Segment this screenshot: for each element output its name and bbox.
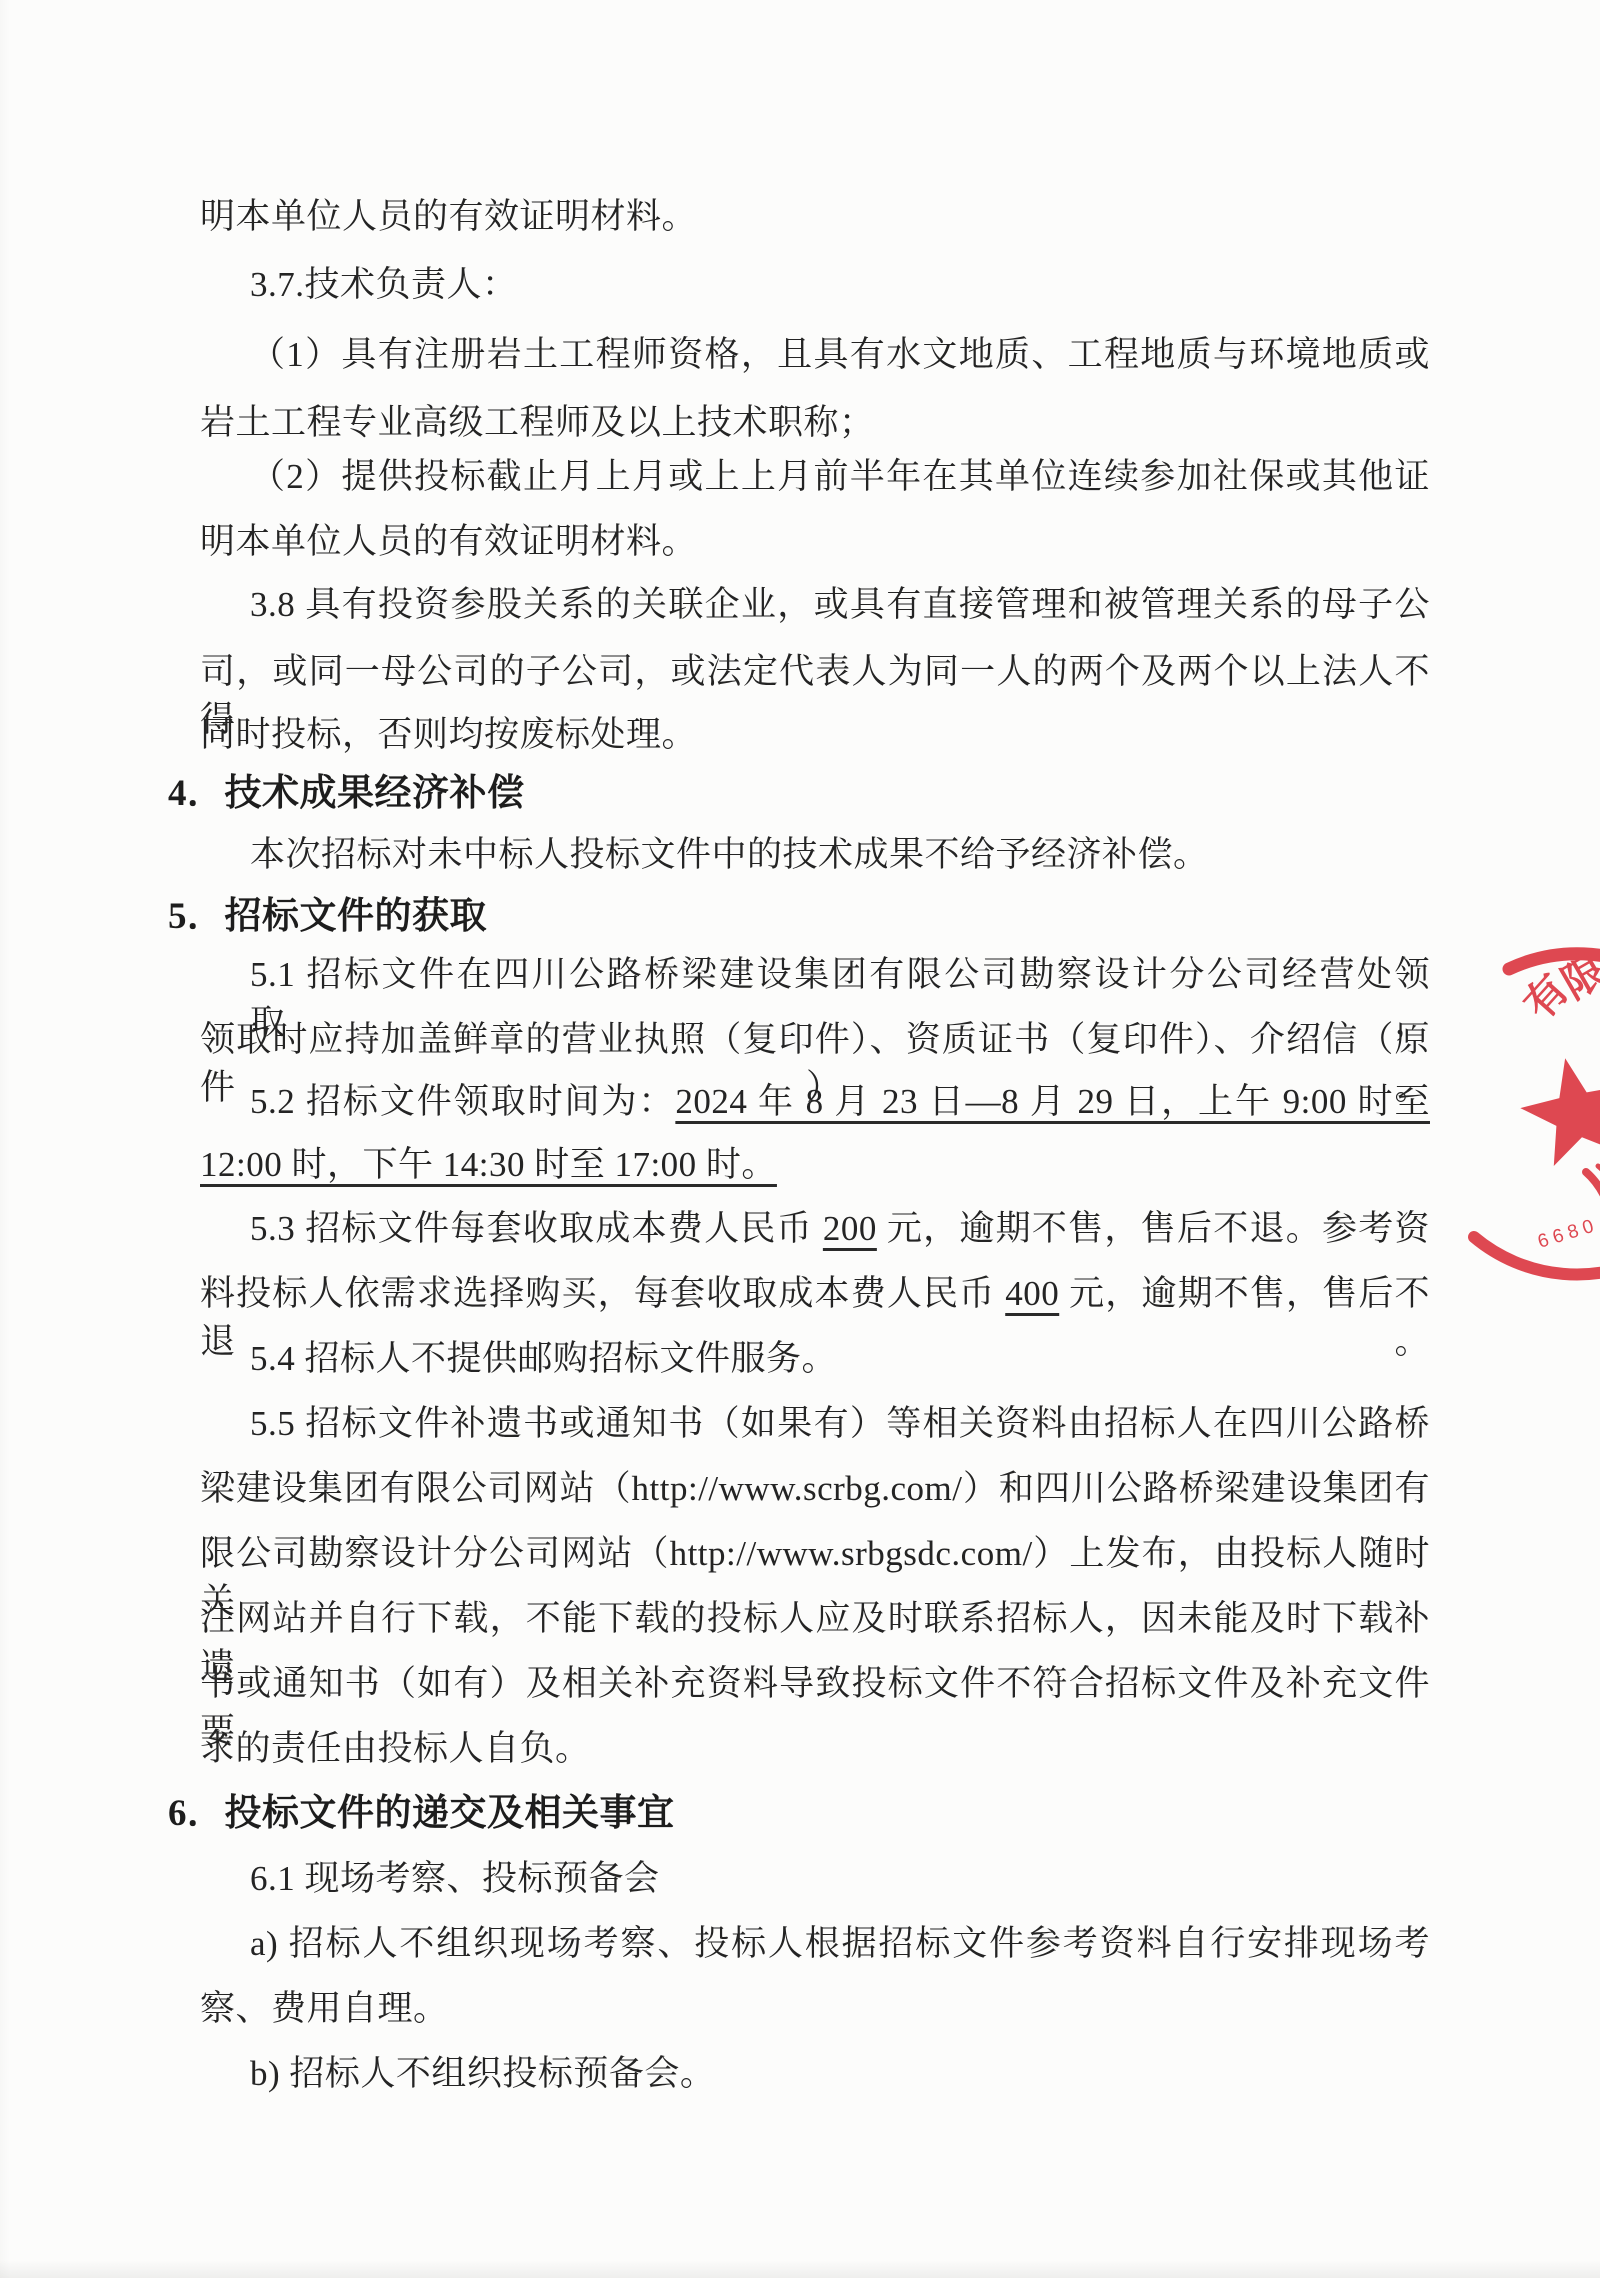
seal-ring-bottom-arc: [1474, 1237, 1600, 1274]
underlined-text: 12:00 时，下午 14:30 时至 17:00 时。: [200, 1145, 777, 1184]
text-line: 求的责任由投标人自负。: [200, 1725, 1430, 1773]
underlined-text: 2024 年 8 月 23 日—8 月 29 日，上午 9:00 时至: [675, 1082, 1430, 1121]
text-segment: 3.7.技术负责人：: [250, 265, 518, 304]
text-segment: a) 招标人不组织现场考察、投标人根据招标文件参考资料自行安排现场考: [250, 1924, 1430, 1963]
text-segment: 6.1 现场考察、投标预备会: [250, 1859, 660, 1898]
text-line: a) 招标人不组织现场考察、投标人根据招标文件参考资料自行安排现场考: [250, 1920, 1430, 1968]
text-segment: （2）提供投标截止月上月或上上月前半年在其单位连续参加社保或其他证: [250, 457, 1430, 496]
text-line: 岩土工程专业高级工程师及以上技术职称；: [200, 399, 1430, 447]
text-line: 明本单位人员的有效证明材料。: [200, 518, 1430, 566]
text-line: 5.4 招标人不提供邮购招标文件服务。: [250, 1335, 1430, 1383]
text-segment: 梁建设集团有限公司网站（http://www.scrbg.com/）和四川公路桥…: [200, 1469, 1430, 1508]
text-segment: 5.4 招标人不提供邮购招标文件服务。: [250, 1339, 837, 1378]
text-segment: 求的责任由投标人自负。: [200, 1729, 591, 1768]
text-segment: 明本单位人员的有效证明材料。: [200, 197, 697, 236]
text-line: 3.8 具有投资参股关系的关联企业，或具有直接管理和被管理关系的母子公: [250, 581, 1430, 629]
text-line: （1）具有注册岩土工程师资格，且具有水文地质、工程地质与环境地质或: [250, 331, 1430, 379]
company-seal-stamp: 有 限 公 6680: [1440, 920, 1600, 1320]
text-layer: 明本单位人员的有效证明材料。3.7.技术负责人：（1）具有注册岩土工程师资格，且…: [0, 0, 1600, 2278]
section-heading: 4．技术成果经济补偿: [168, 770, 1430, 818]
text-segment: 5.3 招标文件每套收取成本费人民币: [250, 1209, 823, 1248]
text-line: （2）提供投标截止月上月或上上月前半年在其单位连续参加社保或其他证: [250, 453, 1430, 501]
underlined-text: 400: [1005, 1274, 1059, 1313]
text-segment: 6．投标文件的递交及相关事宜: [168, 1793, 675, 1834]
text-segment: 明本单位人员的有效证明材料。: [200, 522, 697, 561]
text-segment: 同时投标，否则均按废标处理。: [200, 715, 697, 754]
document-page: 明本单位人员的有效证明材料。3.7.技术负责人：（1）具有注册岩土工程师资格，且…: [0, 0, 1600, 2278]
text-line: 梁建设集团有限公司网站（http://www.scrbg.com/）和四川公路桥…: [200, 1465, 1430, 1513]
text-segment: （1）具有注册岩土工程师资格，且具有水文地质、工程地质与环境地质或: [250, 335, 1430, 374]
text-segment: 5.5 招标文件补遗书或通知书（如果有）等相关资料由招标人在四川公路桥: [250, 1404, 1430, 1443]
section-heading: 6．投标文件的递交及相关事宜: [168, 1790, 1430, 1838]
text-line: 5.5 招标文件补遗书或通知书（如果有）等相关资料由招标人在四川公路桥: [250, 1400, 1430, 1448]
text-line: 6.1 现场考察、投标预备会: [250, 1855, 1430, 1903]
seal-serial-number: 6680: [1535, 1214, 1600, 1252]
text-segment: b) 招标人不组织投标预备会。: [250, 2054, 715, 2093]
text-line: 同时投标，否则均按废标处理。: [200, 711, 1430, 759]
text-line: 明本单位人员的有效证明材料。: [200, 193, 1430, 241]
text-segment: 料投标人依需求选择购买，每套收取成本费人民币: [200, 1274, 1005, 1313]
text-segment: 5．招标文件的获取: [168, 896, 487, 937]
text-segment: 5.2 招标文件领取时间为：: [250, 1082, 675, 1121]
text-line: 5.3 招标文件每套收取成本费人民币 200 元，逾期不售，售后不退。参考资: [250, 1205, 1430, 1253]
text-line: 察、费用自理。: [200, 1985, 1430, 2033]
seal-star-icon: [1512, 1047, 1600, 1170]
text-line: b) 招标人不组织投标预备会。: [250, 2050, 1430, 2098]
text-segment: 4．技术成果经济补偿: [168, 773, 525, 814]
text-line: 5.2 招标文件领取时间为：2024 年 8 月 23 日—8 月 29 日，上…: [250, 1078, 1430, 1126]
text-segment: 3.8 具有投资参股关系的关联企业，或具有直接管理和被管理关系的母子公: [250, 585, 1430, 624]
text-segment: 元，逾期不售，售后不退。参考资: [877, 1209, 1430, 1248]
text-segment: 岩土工程专业高级工程师及以上技术职称；: [200, 403, 875, 442]
text-line: 本次招标对未中标人投标文件中的技术成果不给予经济补偿。: [250, 831, 1430, 879]
text-line: 12:00 时，下午 14:30 时至 17:00 时。: [200, 1141, 1430, 1189]
text-line: 3.7.技术负责人：: [250, 261, 1430, 309]
text-segment: 察、费用自理。: [200, 1989, 449, 2028]
underlined-text: 200: [823, 1209, 877, 1248]
section-heading: 5．招标文件的获取: [168, 893, 1430, 941]
seal-partial-stroke: [1586, 1172, 1600, 1210]
text-segment: 本次招标对未中标人投标文件中的技术成果不给予经济补偿。: [250, 835, 1209, 874]
